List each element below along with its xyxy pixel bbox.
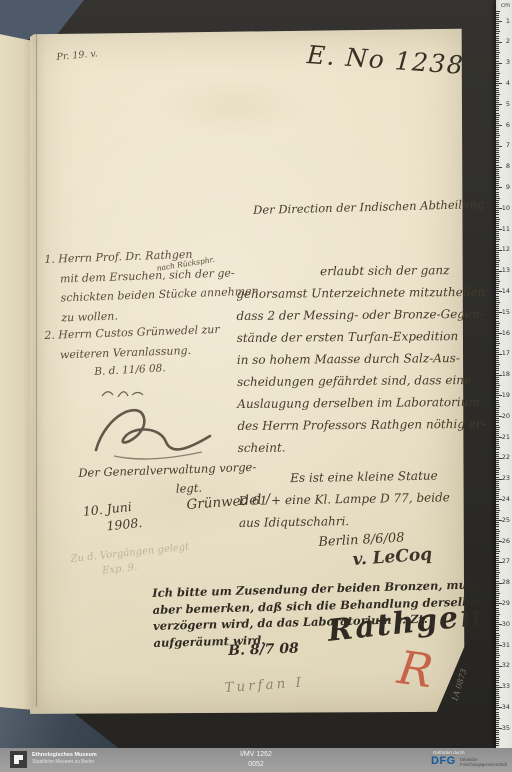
ruler-tick [496,537,499,538]
ruler-tick [496,275,499,276]
ruler-tick [496,214,499,215]
ruler-tick [496,391,499,392]
ruler-tick [496,429,499,430]
ruler-tick [496,487,499,488]
ruler-number: 13 [502,267,510,274]
ruler-tick [496,581,499,582]
ruler-tick [496,221,499,222]
ruler-tick [496,402,499,403]
ruler-tick [496,123,499,124]
ruler-tick [496,408,499,409]
ruler-tick [496,366,499,367]
ruler-tick [496,570,499,571]
ruler-tick [496,641,499,642]
ruler-tick [496,734,499,735]
footer-bar: Ethnologisches Museum Staatliche Museen … [0,748,512,772]
ruler-tick [496,726,499,727]
ruler-tick [496,152,499,153]
ruler-tick [496,40,499,41]
ruler-tick [496,745,499,746]
ruler-tick [496,323,500,324]
ruler-tick [496,85,499,86]
ruler-tick [496,110,499,111]
ruler-tick [496,104,502,105]
ruler-tick [496,158,499,159]
ruler-tick [496,404,499,405]
ruler-tick [496,177,500,178]
ruler-tick [496,302,500,303]
ruler-tick [496,610,499,611]
ruler-tick [496,501,499,502]
ruler-number: 23 [502,475,510,482]
ruler-tick [496,622,499,623]
ruler-tick [496,425,499,426]
ruler-tick [496,129,499,130]
ruler-tick [496,287,499,288]
rathgen-date: B. 8/7 08 [228,641,299,659]
ruler-tick [496,63,502,64]
ruler-number: 30 [502,621,510,628]
ruler-tick [496,514,499,515]
ruler-tick [496,343,500,344]
ruler-tick [496,649,499,650]
ruler-number: 33 [502,683,510,690]
ruler-tick [496,179,499,180]
ruler-number: 14 [502,288,510,295]
handwritten-line: scheidungen gefährdet sind, dass eine [237,369,486,393]
ruler-tick [496,381,499,382]
ruler-tick [496,50,499,51]
ruler-tick [496,651,499,652]
ruler-tick [496,150,499,151]
ruler-tick [496,483,499,484]
ruler-number: 31 [502,642,510,649]
ruler-tick [496,90,499,91]
ruler-tick [496,329,499,330]
ruler-tick [496,435,499,436]
ruler-tick [496,233,499,234]
ruler-tick [496,27,499,28]
ruler-tick [496,743,499,744]
ruler-tick [496,98,499,99]
handwritten-line: Auslaugung derselben im Laboratorium [237,391,486,415]
ruler-number: 35 [502,725,510,732]
ruler-tick [496,722,499,723]
ruler-tick [496,564,499,565]
ruler-tick [496,468,500,469]
ruler-number: 5 [506,101,510,108]
ruler-tick [496,341,499,342]
ruler-tick [496,420,499,421]
ruler-tick [496,321,499,322]
ruler-tick [496,620,499,621]
ruler-tick [496,252,499,253]
ruler-tick [496,17,499,18]
ruler-tick [496,160,499,161]
ruler-tick [496,348,499,349]
paper-stain [160,76,310,136]
ruler-tick [496,350,499,351]
ruler-tick [496,61,499,62]
ruler-tick [496,672,499,673]
ruler-tick [496,144,499,145]
ruler-tick [496,524,499,525]
ruler-tick [496,327,499,328]
ruler-tick [496,716,499,717]
ruler-tick [496,439,499,440]
ruler-tick [496,560,499,561]
ruler-tick [496,185,499,186]
ruler-tick [496,165,499,166]
ruler-tick [496,65,499,66]
ruler-tick [496,693,499,694]
ruler-tick [496,38,499,39]
ruler-tick [496,389,499,390]
ruler-tick [496,574,499,575]
ruler-number: 27 [502,558,510,565]
ruler-tick [496,595,499,596]
ruler-tick [496,237,499,238]
ruler-tick [496,314,499,315]
ruler-tick [496,254,499,255]
ruler-tick [496,173,499,174]
ruler-tick [496,630,499,631]
ruler-tick [496,246,499,247]
ruler-number: 28 [502,579,510,586]
ruler-tick [496,633,499,634]
ruler-tick [496,264,499,265]
ruler-tick [496,449,499,450]
ruler-number: 22 [502,454,510,461]
ruler-tick [496,289,499,290]
ruler-tick [496,737,499,738]
ruler-number: 17 [502,350,510,357]
handwritten-line: Es ist eine kleine Statue [290,464,450,489]
ruler-number: 4 [506,80,510,87]
ruler-tick [496,223,499,224]
handwritten-line: erlaubt sich der ganz [320,259,485,282]
ruler-tick [496,54,499,55]
ruler-tick [496,445,499,446]
ruler-tick [496,664,499,665]
ruler-tick [496,73,500,74]
ruler-tick [496,454,499,455]
ruler-tick [496,119,499,120]
ruler-tick [496,285,499,286]
ruler-tick [496,452,499,453]
ruler-tick [496,447,500,448]
ruler-tick [496,701,499,702]
ruler-tick [496,121,499,122]
ruler-tick [496,77,499,78]
ruler-tick [496,370,499,371]
ruler-tick [496,406,500,407]
ruler-tick [496,441,499,442]
ruler-tick [496,81,499,82]
handwritten-line: in so hohem Maasse durch Salz-Aus- [237,347,486,371]
ruler-tick [496,304,499,305]
ruler-tick [496,695,499,696]
ruler-tick [496,29,499,30]
ruler-tick [496,593,500,594]
ruler-tick [496,670,499,671]
ruler-tick [496,19,499,20]
ruler-tick [496,572,500,573]
ruler-tick [496,504,499,505]
ruler-tick [496,358,499,359]
ruler-tick [496,36,499,37]
ruler-tick [496,44,499,45]
ruler-tick [496,506,499,507]
ruler-tick [496,273,499,274]
ruler-tick [496,248,499,249]
ruler-tick [496,135,500,136]
ruler-tick [496,217,499,218]
ruler-tick [496,11,500,12]
ruler-tick [496,431,499,432]
ruler-tick [496,549,499,550]
ruler-tick [496,269,499,270]
ruler-tick [496,668,499,669]
ruler-tick [496,393,499,394]
ruler-tick [496,277,499,278]
ruler-number: 15 [502,309,510,316]
ruler-tick [496,318,499,319]
ruler-unit-label: cm [501,2,510,9]
ruler-tick [496,637,499,638]
ruler-tick [496,720,499,721]
june-date: 10. Juni1908. [82,497,143,537]
ruler-tick [496,42,502,43]
ruler-tick [496,660,499,661]
ruler-tick [496,331,499,332]
ruler-tick [496,210,499,211]
ruler-tick [496,192,499,193]
ruler-tick [496,397,499,398]
ruler-tick [496,655,500,656]
ruler-tick [496,102,499,103]
ruler-tick [496,198,500,199]
ruler-tick [496,48,499,49]
ruler-tick [496,481,499,482]
ruler-tick [496,379,499,380]
ruler-tick [496,298,499,299]
ruler-number: 26 [502,538,510,545]
ruler-tick [496,383,499,384]
ruler-tick [496,23,499,24]
handwritten-line: scheint. [238,435,487,459]
ruler-tick [496,25,499,26]
ruler-tick [496,512,499,513]
previous-page-edge [0,30,33,714]
ruler-tick [496,362,499,363]
ruler-tick [496,412,499,413]
ruler-number: 34 [502,704,510,711]
ruler-number: 24 [502,496,510,503]
ruler-tick [496,462,499,463]
ruler-tick [496,400,499,401]
ruler-tick [496,146,502,147]
ruler-tick [496,283,499,284]
ruler-tick [496,495,499,496]
ruler-tick [496,373,499,374]
ruler-tick [496,356,499,357]
ruler-tick [496,460,499,461]
ruler-tick [496,433,499,434]
ruler-tick [496,339,499,340]
ruler-tick [496,310,499,311]
ruler-tick [496,108,499,109]
ruler-tick [496,414,499,415]
ruler-tick [496,194,499,195]
ruler-tick [496,545,499,546]
ruler-tick [496,635,500,636]
ruler-tick [496,94,500,95]
ruler-tick [496,133,499,134]
ruler-tick [496,510,500,511]
ruler-tick [496,368,499,369]
ruler-tick [496,539,499,540]
ruler-tick [496,535,499,536]
ruler-tick [496,83,502,84]
ruler-tick [496,58,499,59]
ruler-tick [496,703,499,704]
ruler-tick [496,491,499,492]
ruler-number: 25 [502,517,510,524]
ruler-tick [496,680,499,681]
ruler-number: 16 [502,330,510,337]
ruler-tick [496,427,500,428]
ruler-tick [496,335,499,336]
ruler-tick [496,88,499,89]
ruler-tick [496,589,499,590]
ruler-tick [496,204,499,205]
handwritten-line: aus Idiqutschahri. [239,508,451,534]
ruler-tick [496,167,502,168]
ruler-tick [496,258,499,259]
ruler-tick [496,551,500,552]
ruler-tick [496,576,499,577]
ruler-tick [496,522,499,523]
ruler-tick [496,531,500,532]
ruler-number: 11 [502,226,510,233]
ruler-tick [496,657,499,658]
ruler-tick [496,360,499,361]
ruler-tick [496,183,499,184]
ruler-tick [496,352,499,353]
ruler-tick [496,556,499,557]
ruler-tick [496,69,499,70]
ruler-tick [496,456,499,457]
ruler-tick [496,533,499,534]
ruler-tick [496,489,500,490]
ruler-tick [496,676,500,677]
ruler-tick [496,296,499,297]
ruler-tick [496,543,499,544]
ruler-tick [496,714,499,715]
handwritten-line: dass 2 der Messing- oder Bronze-Gegen- [236,303,485,327]
ruler-tick [496,639,499,640]
ruler-number: 21 [502,434,510,441]
ruler-tick [496,231,499,232]
ruler-tick [496,591,499,592]
ruler-tick [496,131,499,132]
ruler-tick [496,100,499,101]
ruler-tick [496,117,499,118]
ruler-tick [496,127,499,128]
ruler-tick [496,699,499,700]
ruler-tick [496,597,499,598]
ruler-tick [496,741,499,742]
ruler-tick [496,553,499,554]
ruler-number: 19 [502,392,510,399]
ruler-tick [496,175,499,176]
ruler-tick [496,56,499,57]
ruler-tick [496,739,500,740]
ruler-tick [496,241,499,242]
ruler-tick [496,697,500,698]
ruler-tick [496,705,499,706]
ruler-tick [496,189,499,190]
ruler-tick [496,125,502,126]
ruler-number: 32 [502,662,510,669]
ruler-tick [496,689,499,690]
ruler-tick [496,678,499,679]
ruler-number: 29 [502,600,510,607]
ruler-tick [496,316,499,317]
ruler-tick [496,385,500,386]
ruler-tick [496,674,499,675]
ruler-tick [496,516,499,517]
ruler-tick [496,79,499,80]
ruler-tick [496,547,499,548]
ruler-tick [496,643,499,644]
ruler-tick [496,162,499,163]
ruler-tick [496,508,499,509]
measurement-ruler: cm 1234567891011121314151617181920212223… [496,0,512,748]
ruler-tick [496,52,500,53]
ruler-tick [496,662,499,663]
ruler-tick [496,202,499,203]
ruler-tick [496,472,499,473]
ruler-tick [496,169,499,170]
ruler-tick [496,106,499,107]
ruler-number: 6 [506,122,510,129]
ruler-tick [496,529,499,530]
ruler-tick [496,364,500,365]
ruler-number: 12 [502,246,510,253]
ruler-tick [496,718,500,719]
ruler-tick [496,279,499,280]
ruler-tick [496,260,500,261]
ruler-tick [496,96,499,97]
ruler-tick [496,626,499,627]
ruler-number: 3 [506,59,510,66]
ruler-tick [496,31,500,32]
ruler-tick [496,235,499,236]
ruler-tick [496,410,499,411]
ruler-tick [496,196,499,197]
ruler-tick [496,709,499,710]
ruler-tick [496,187,502,188]
ruler-tick [496,142,499,143]
ruler-tick [496,518,499,519]
ruler-tick [496,306,499,307]
ruler-tick [496,154,499,155]
signature-flourish-bode [86,398,218,462]
ruler-tick [496,578,499,579]
ruler-tick [496,156,500,157]
